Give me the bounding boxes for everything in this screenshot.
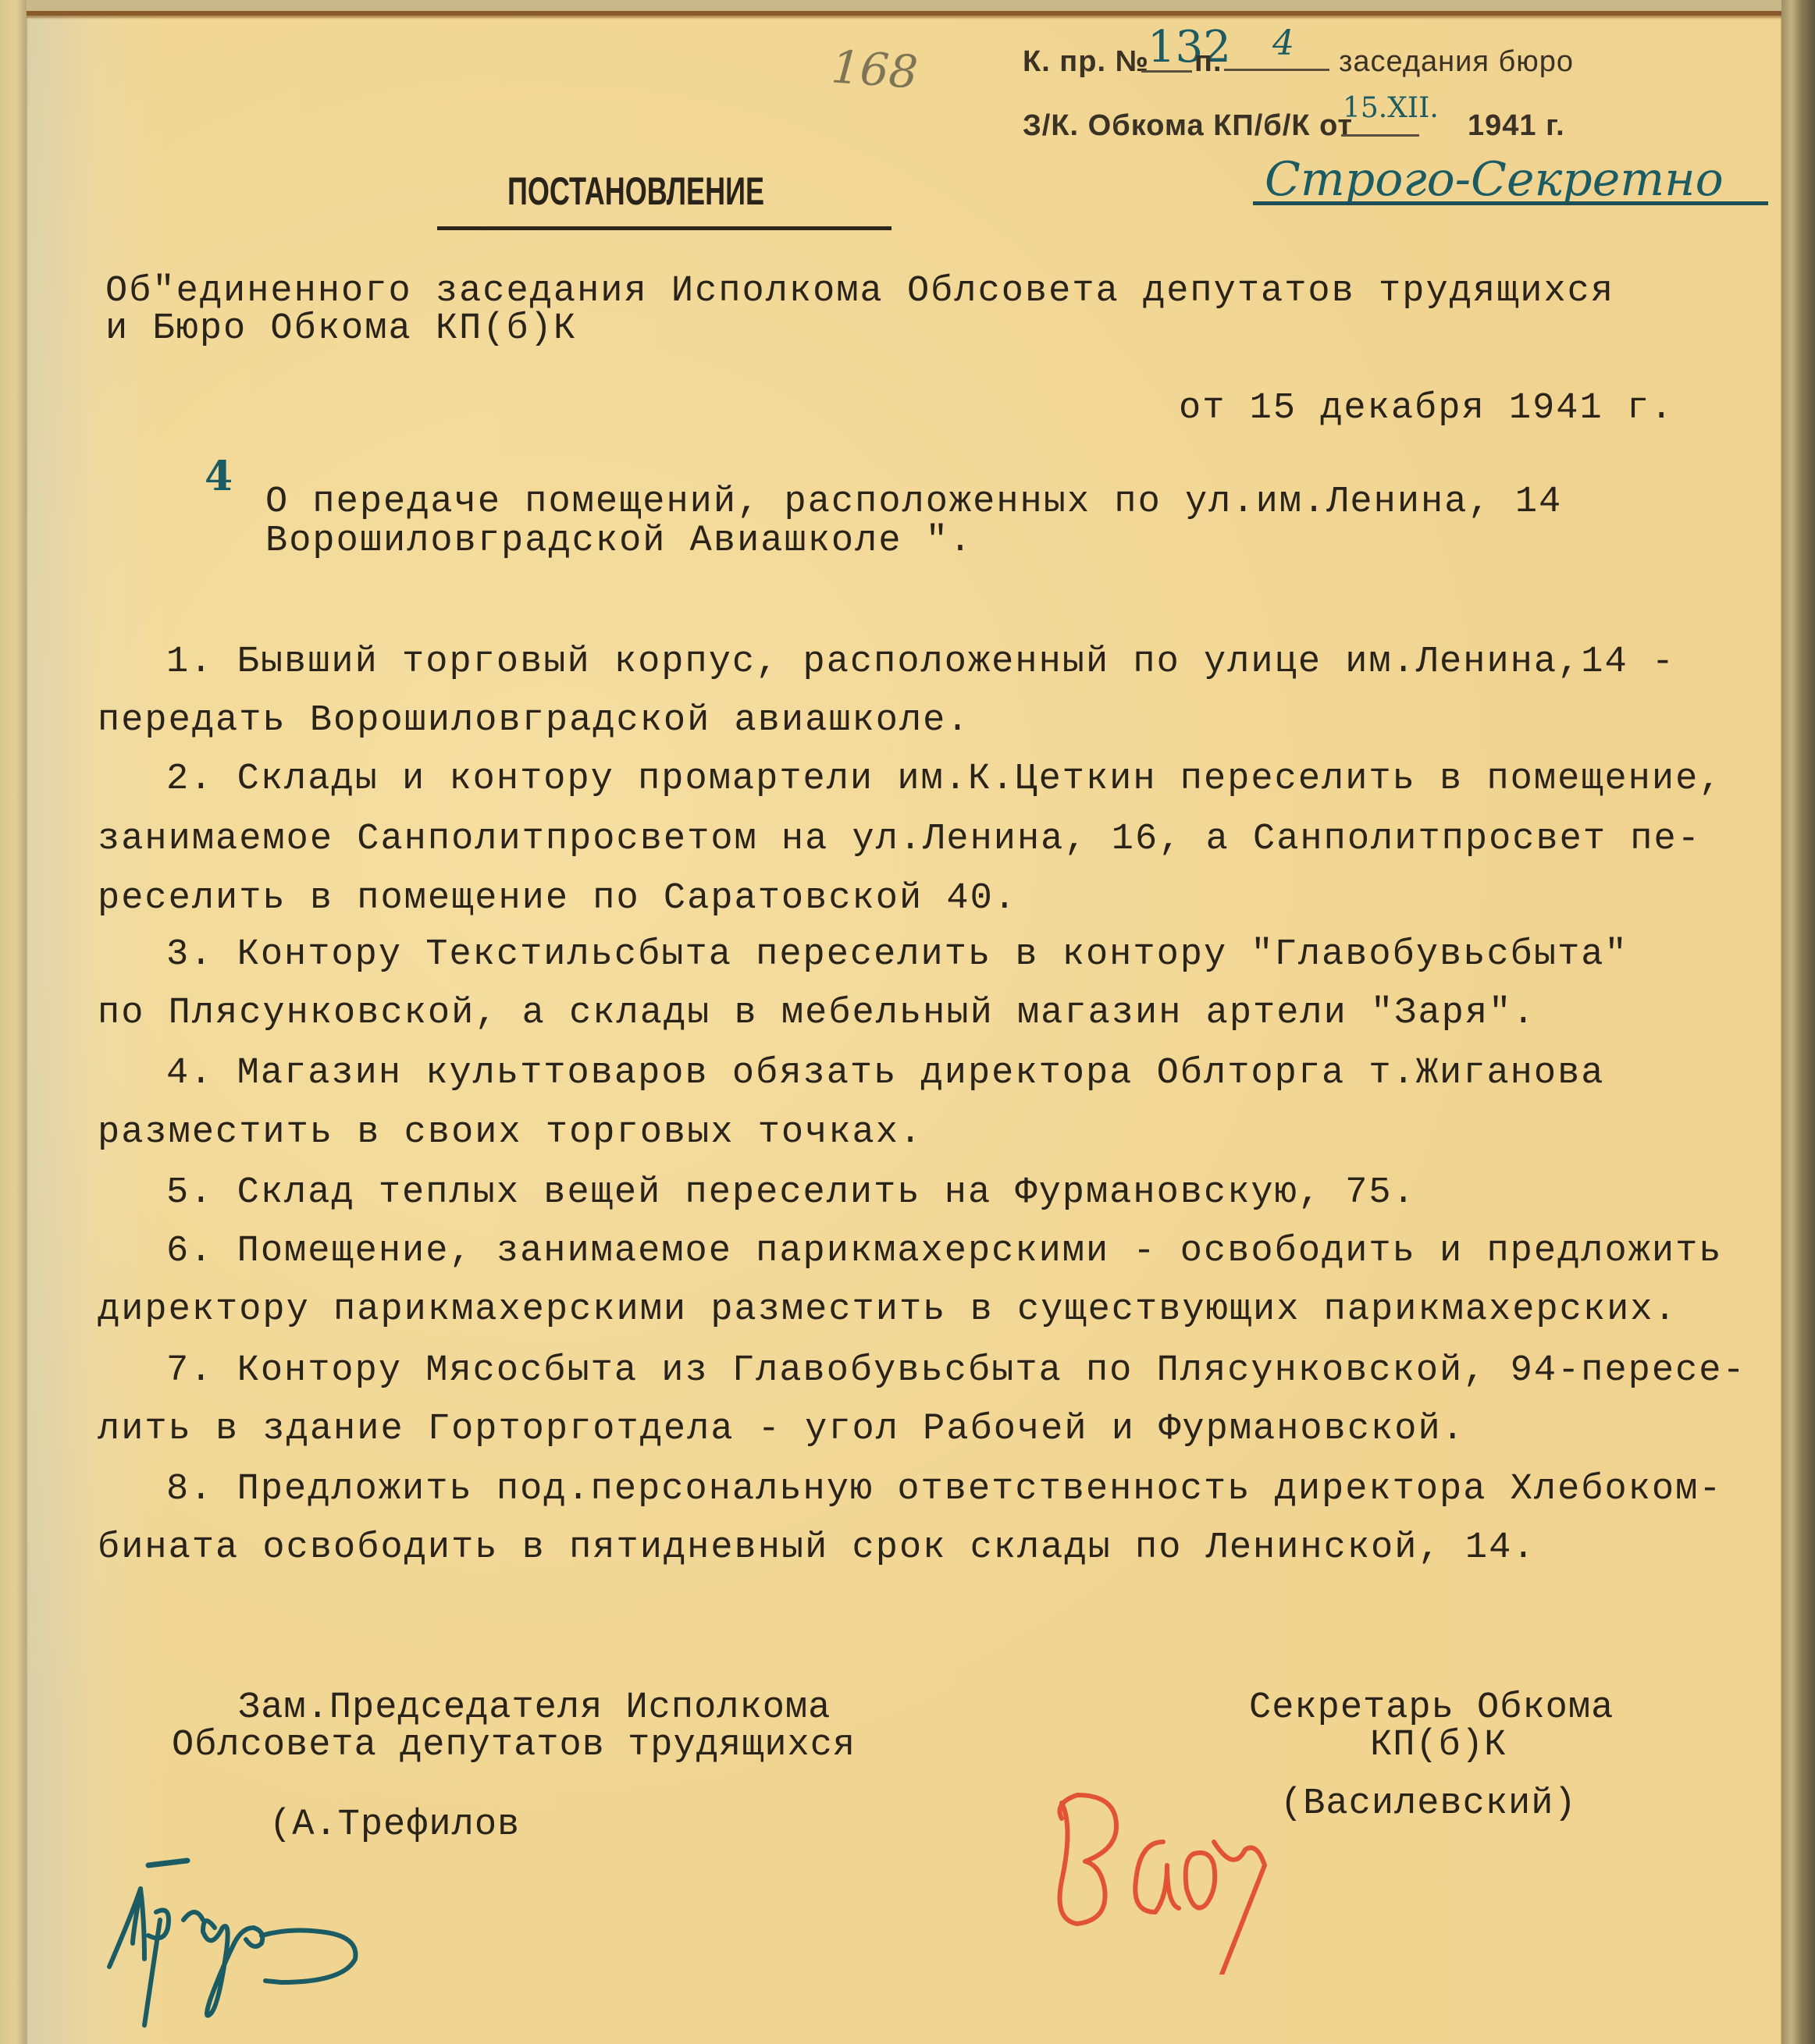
resolution-1-line-2: передать Ворошиловградской авиашколе. (98, 702, 970, 739)
resolution-4-line-2: разместить в своих торговых точках. (98, 1114, 923, 1151)
resolution-2-line-1: 2. Склады и контору промартели им.К.Цетк… (166, 761, 1723, 798)
resolution-5-line-1: 5. Склад теплых вещей переселить на Фурм… (166, 1175, 1416, 1211)
protocol-number-blank (1141, 70, 1192, 73)
classification-underline (1253, 201, 1768, 205)
stamp-line1-prefix: К. пр. № (1023, 45, 1149, 79)
right-signatory-title-2: КП(б)К (1370, 1727, 1507, 1764)
stamp-line1-mid: п. (1194, 45, 1222, 79)
document-title: ПОСТАНОВЛЕНИЕ (507, 172, 764, 211)
classification-mark: Строго-Секретно (1265, 152, 1724, 207)
left-signatory-title-2: Облсовета депутатов трудящихся (172, 1727, 856, 1764)
resolution-3-line-2: по Плясунковской, а склады в мебельный м… (98, 995, 1536, 1032)
title-underline (437, 226, 891, 230)
archive-page-number: 168 (830, 40, 920, 99)
svg-text:Трефилов: Трефилов (86, 1842, 146, 1846)
resolution-8-line-1: 8. Предложить под.персональную ответстве… (166, 1471, 1723, 1508)
binding-spine (0, 0, 27, 2044)
resolution-2-line-2: занимаемое Санполитпросветом на ул.Ленин… (98, 821, 1701, 858)
resolution-3-line-1: 3. Контору Текстильсбыта переселить в ко… (166, 937, 1628, 973)
page-right-edge (1781, 0, 1815, 2044)
left-signatory-title-1: Зам.Председателя Исполкома (238, 1690, 831, 1726)
issuer-line-2: и Бюро Обкома КП(б)К (105, 311, 577, 347)
resolution-1-line-1: 1. Бывший торговый корпус, расположенный… (166, 644, 1675, 681)
stamp-line2-prefix: З/К. Обкома КП/б/К от (1023, 109, 1353, 143)
right-handwritten-signature: Вас (1030, 1779, 1358, 1975)
resolution-8-line-2: бината освободить в пятидневный срок скл… (98, 1530, 1536, 1566)
item-number-blank (1224, 69, 1329, 71)
subject-line-2: Ворошиловградской Авиашколе ". (265, 523, 973, 560)
date-blank (1341, 134, 1419, 137)
resolution-6-line-2: директору парикмахерскими разместить в с… (98, 1292, 1678, 1328)
handwritten-date: 15.XII. (1343, 92, 1439, 124)
svg-text:Вас: Вас (1030, 1779, 1053, 1783)
issuer-line-1: Об"единенного заседания Исполкома Облсов… (105, 273, 1614, 310)
subject-item-number: 4 (205, 453, 233, 500)
resolution-7-line-2: лить в здание Горторготдела - угол Рабоч… (98, 1411, 1465, 1448)
resolution-2-line-3: реселить в помещение по Саратовской 40. (98, 880, 1017, 917)
stamp-line2-year: 1941 г. (1468, 109, 1565, 143)
item-number: 4 (1272, 23, 1294, 63)
stamp-line1-suffix: заседания бюро (1339, 45, 1574, 79)
left-handwritten-signature: Трефилов (86, 1842, 445, 2037)
left-signatory-name: (А.Трефилов (269, 1807, 520, 1843)
subject-line-1: О передаче помещений, расположенных по у… (265, 484, 1562, 521)
resolution-6-line-1: 6. Помещение, занимаемое парикмахерскими… (166, 1233, 1723, 1270)
document-date: от 15 декабря 1941 г. (1179, 390, 1674, 427)
resolution-7-line-1: 7. Контору Мясосбыта из Главобувьсбыта п… (166, 1353, 1746, 1389)
right-signatory-title-1: Секретарь Обкома (1249, 1690, 1614, 1726)
resolution-4-line-1: 4. Магазин культтоваров обязать директор… (166, 1055, 1604, 1092)
